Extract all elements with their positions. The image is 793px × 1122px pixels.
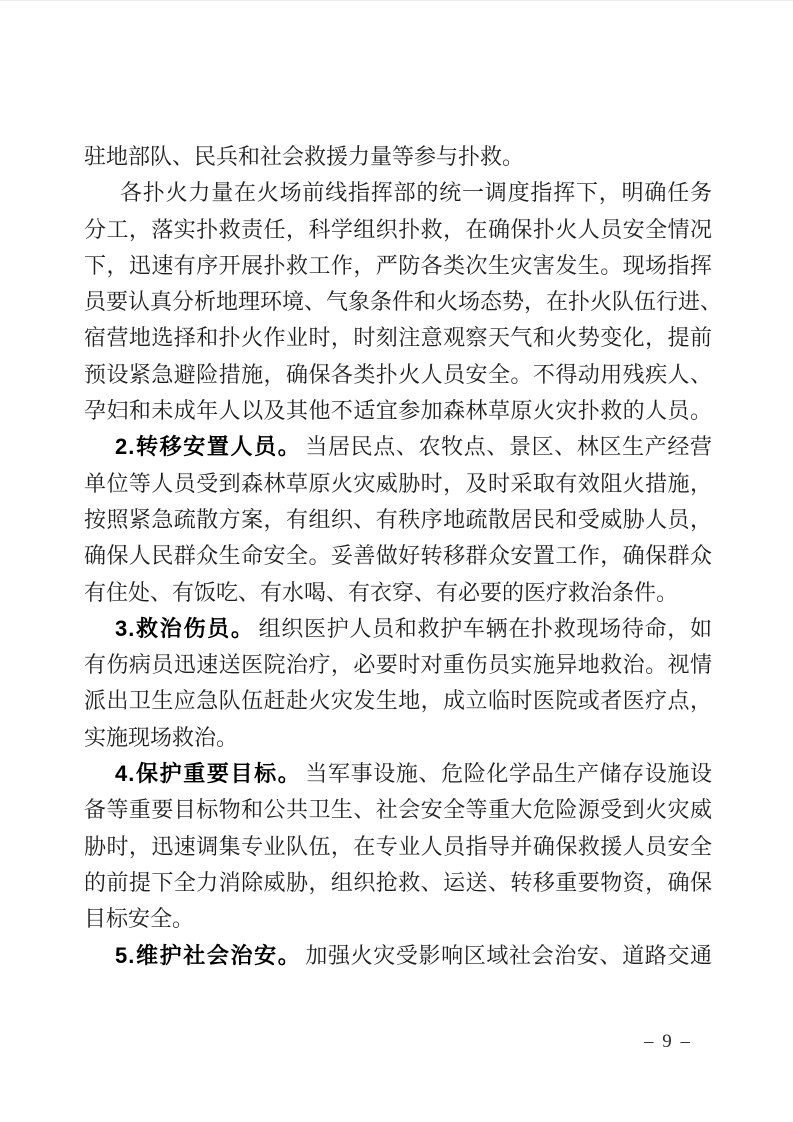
text-line: 预设紧急避险措施，确保各类扑火人员安全。不得动用残疾人、 [84, 357, 712, 393]
paragraph: 3.救治伤员。组织医护人员和救护车辆在扑救现场待命，如有伤病员迅速送医院治疗，必… [84, 611, 712, 756]
text-line: 确保人民群众生命安全。妥善做好转移群众安置工作，确保群众 [84, 538, 712, 574]
page-number: – 9 – [644, 1031, 692, 1053]
text-line: 各扑火力量在火场前线指挥部的统一调度指挥下，明确任务 [84, 175, 712, 211]
text-line: 孕妇和未成年人以及其他不适宜参加森林草原火灾扑救的人员。 [84, 393, 712, 429]
document-page: 驻地部队、民兵和社会救援力量等参与扑救。各扑火力量在火场前线指挥部的统一调度指挥… [0, 0, 793, 1122]
text-line: 单位等人员受到森林草原火灾威胁时，及时采取有效阻火措施， [84, 466, 712, 502]
text-line: 下，迅速有序开展扑救工作，严防各类次生灾害发生。现场指挥 [84, 248, 712, 284]
text-line: 3.救治伤员。组织医护人员和救护车辆在扑救现场待命，如 [84, 611, 712, 647]
paragraph: 5.维护社会治安。加强火灾受影响区域社会治安、道路交通 [84, 938, 712, 974]
paragraph-lead: 5.维护社会治安。 [115, 943, 301, 968]
paragraph-lead: 4.保护重要目标。 [115, 761, 301, 786]
text-line: 备等重要目标物和公共卫生、社会安全等重大危险源受到火灾威 [84, 792, 712, 828]
text-line: 驻地部队、民兵和社会救援力量等参与扑救。 [84, 139, 712, 175]
text-line: 5.维护社会治安。加强火灾受影响区域社会治安、道路交通 [84, 938, 712, 974]
paragraph: 驻地部队、民兵和社会救援力量等参与扑救。 [84, 139, 712, 175]
text-line: 宿营地选择和扑火作业时，时刻注意观察天气和火势变化，提前 [84, 320, 712, 356]
paragraph: 4.保护重要目标。当军事设施、危险化学品生产储存设施设备等重要目标物和公共卫生、… [84, 756, 712, 937]
paragraph-lead: 2.转移安置人员。 [115, 434, 301, 459]
text-line: 派出卫生应急队伍赶赴火灾发生地，成立临时医院或者医疗点， [84, 683, 712, 719]
text-line: 员要认真分析地理环境、气象条件和火场态势，在扑火队伍行进、 [84, 284, 712, 320]
text-line: 目标安全。 [84, 901, 712, 937]
paragraph: 2.转移安置人员。当居民点、农牧点、景区、林区生产经营单位等人员受到森林草原火灾… [84, 429, 712, 610]
document-body: 驻地部队、民兵和社会救援力量等参与扑救。各扑火力量在火场前线指挥部的统一调度指挥… [84, 139, 712, 974]
text-line: 2.转移安置人员。当居民点、农牧点、景区、林区生产经营 [84, 429, 712, 465]
text-line: 4.保护重要目标。当军事设施、危险化学品生产储存设施设 [84, 756, 712, 792]
text-line: 按照紧急疏散方案，有组织、有秩序地疏散居民和受威胁人员， [84, 502, 712, 538]
text-line: 胁时，迅速调集专业队伍，在专业人员指导并确保救援人员安全 [84, 829, 712, 865]
text-line: 实施现场救治。 [84, 720, 712, 756]
paragraph-lead: 3.救治伤员。 [115, 616, 255, 641]
paragraph: 各扑火力量在火场前线指挥部的统一调度指挥下，明确任务分工，落实扑救责任，科学组织… [84, 175, 712, 429]
text-line: 有伤病员迅速送医院治疗，必要时对重伤员实施异地救治。视情 [84, 647, 712, 683]
text-line: 分工，落实扑救责任，科学组织扑救，在确保扑火人员安全情况 [84, 212, 712, 248]
text-line: 的前提下全力消除威胁，组织抢救、运送、转移重要物资，确保 [84, 865, 712, 901]
text-line: 有住处、有饭吃、有水喝、有衣穿、有必要的医疗救治条件。 [84, 575, 712, 611]
